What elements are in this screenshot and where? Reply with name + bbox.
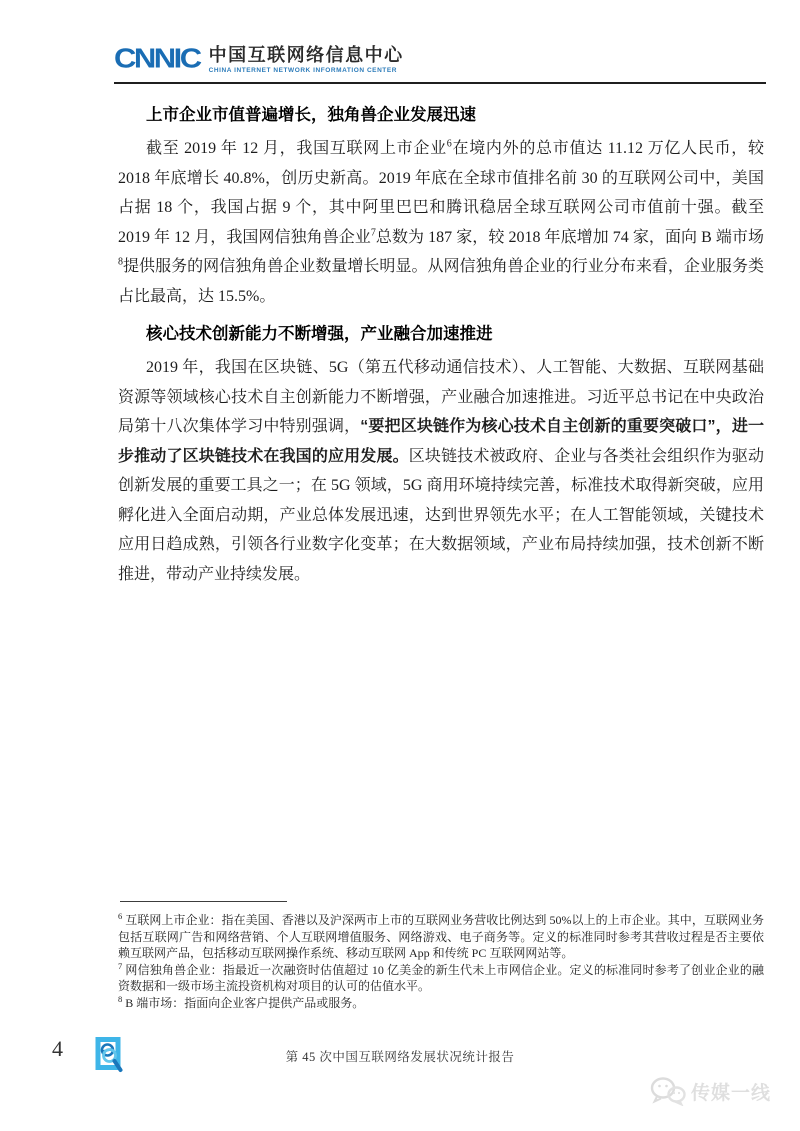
wechat-icon [650,1076,686,1106]
org-name-block: 中国互联网络信息中心 CHINA INTERNET NETWORK INFORM… [209,45,404,74]
section-heading-listed-companies: 上市企业市值普遍增长，独角兽企业发展迅速 [118,104,764,126]
footnote-8: 8 B 端市场：指面向企业客户提供产品或服务。 [118,995,764,1012]
footnote-marker: 7 [118,961,122,971]
header-logo-row: CNNIC 中国互联网络信息中心 CHINA INTERNET NETWORK … [114,44,766,79]
watermark-text: 传媒一线 [691,1078,771,1105]
paragraph-listed-companies: 截至 2019 年 12 月，我国互联网上市企业6在境内外的总市值达 11.12… [118,134,764,311]
footnote-separator [120,901,287,902]
org-name-en: CHINA INTERNET NETWORK INFORMATION CENTE… [209,67,404,74]
footnote-text: 互联网上市企业：指在美国、香港以及沪深两市上市的互联网业务营收比例达到 50%以… [118,913,764,960]
org-name-cn: 中国互联网络信息中心 [209,45,404,66]
footnote-text: 网信独角兽企业：指最近一次融资时估值超过 10 亿美金的新生代未上市网信企业。定… [118,963,764,994]
footnote-7: 7 网信独角兽企业：指最近一次融资时估值超过 10 亿美金的新生代未上市网信企业… [118,962,764,995]
header-divider [114,82,766,84]
paragraph-text: 总数为 187 家，较 2018 年底增加 74 家，面向 B 端市场 [376,229,764,246]
page-header: CNNIC 中国互联网络信息中心 CHINA INTERNET NETWORK … [114,44,766,84]
paragraph-core-tech: 2019 年，我国在区块链、5G（第五代移动通信技术）、人工智能、大数据、互联网… [118,353,764,589]
document-page: CNNIC 中国互联网络信息中心 CHINA INTERNET NETWORK … [0,0,800,1131]
section-heading-core-tech: 核心技术创新能力不断增强，产业融合加速推进 [118,323,764,345]
footnote-marker: 6 [118,911,122,921]
footnotes-section: 6 互联网上市企业：指在美国、香港以及沪深两市上市的互联网业务营收比例达到 50… [118,901,764,1011]
footnote-text: B 端市场：指面向企业客户提供产品或服务。 [125,996,364,1010]
footnote-marker: 8 [118,994,122,1004]
paragraph-text: 区块链技术被政府、企业与各类社会组织作为驱动创新发展的重要工具之一；在 5G 领… [118,448,764,583]
document-body: 上市企业市值普遍增长，独角兽企业发展迅速 截至 2019 年 12 月，我国互联… [118,104,764,589]
footer-report-title: 第 45 次中国互联网络发展状况统计报告 [0,1047,800,1065]
paragraph-text: 提供服务的网信独角兽企业数量增长明显。从网信独角兽企业的行业分布来看，企业服务类… [118,258,764,305]
watermark: 传媒一线 [650,1076,771,1106]
cnnic-logo: CNNIC [114,44,200,72]
footnote-6: 6 互联网上市企业：指在美国、香港以及沪深两市上市的互联网业务营收比例达到 50… [118,912,764,962]
paragraph-text: 截至 2019 年 12 月，我国互联网上市企业 [146,140,447,157]
